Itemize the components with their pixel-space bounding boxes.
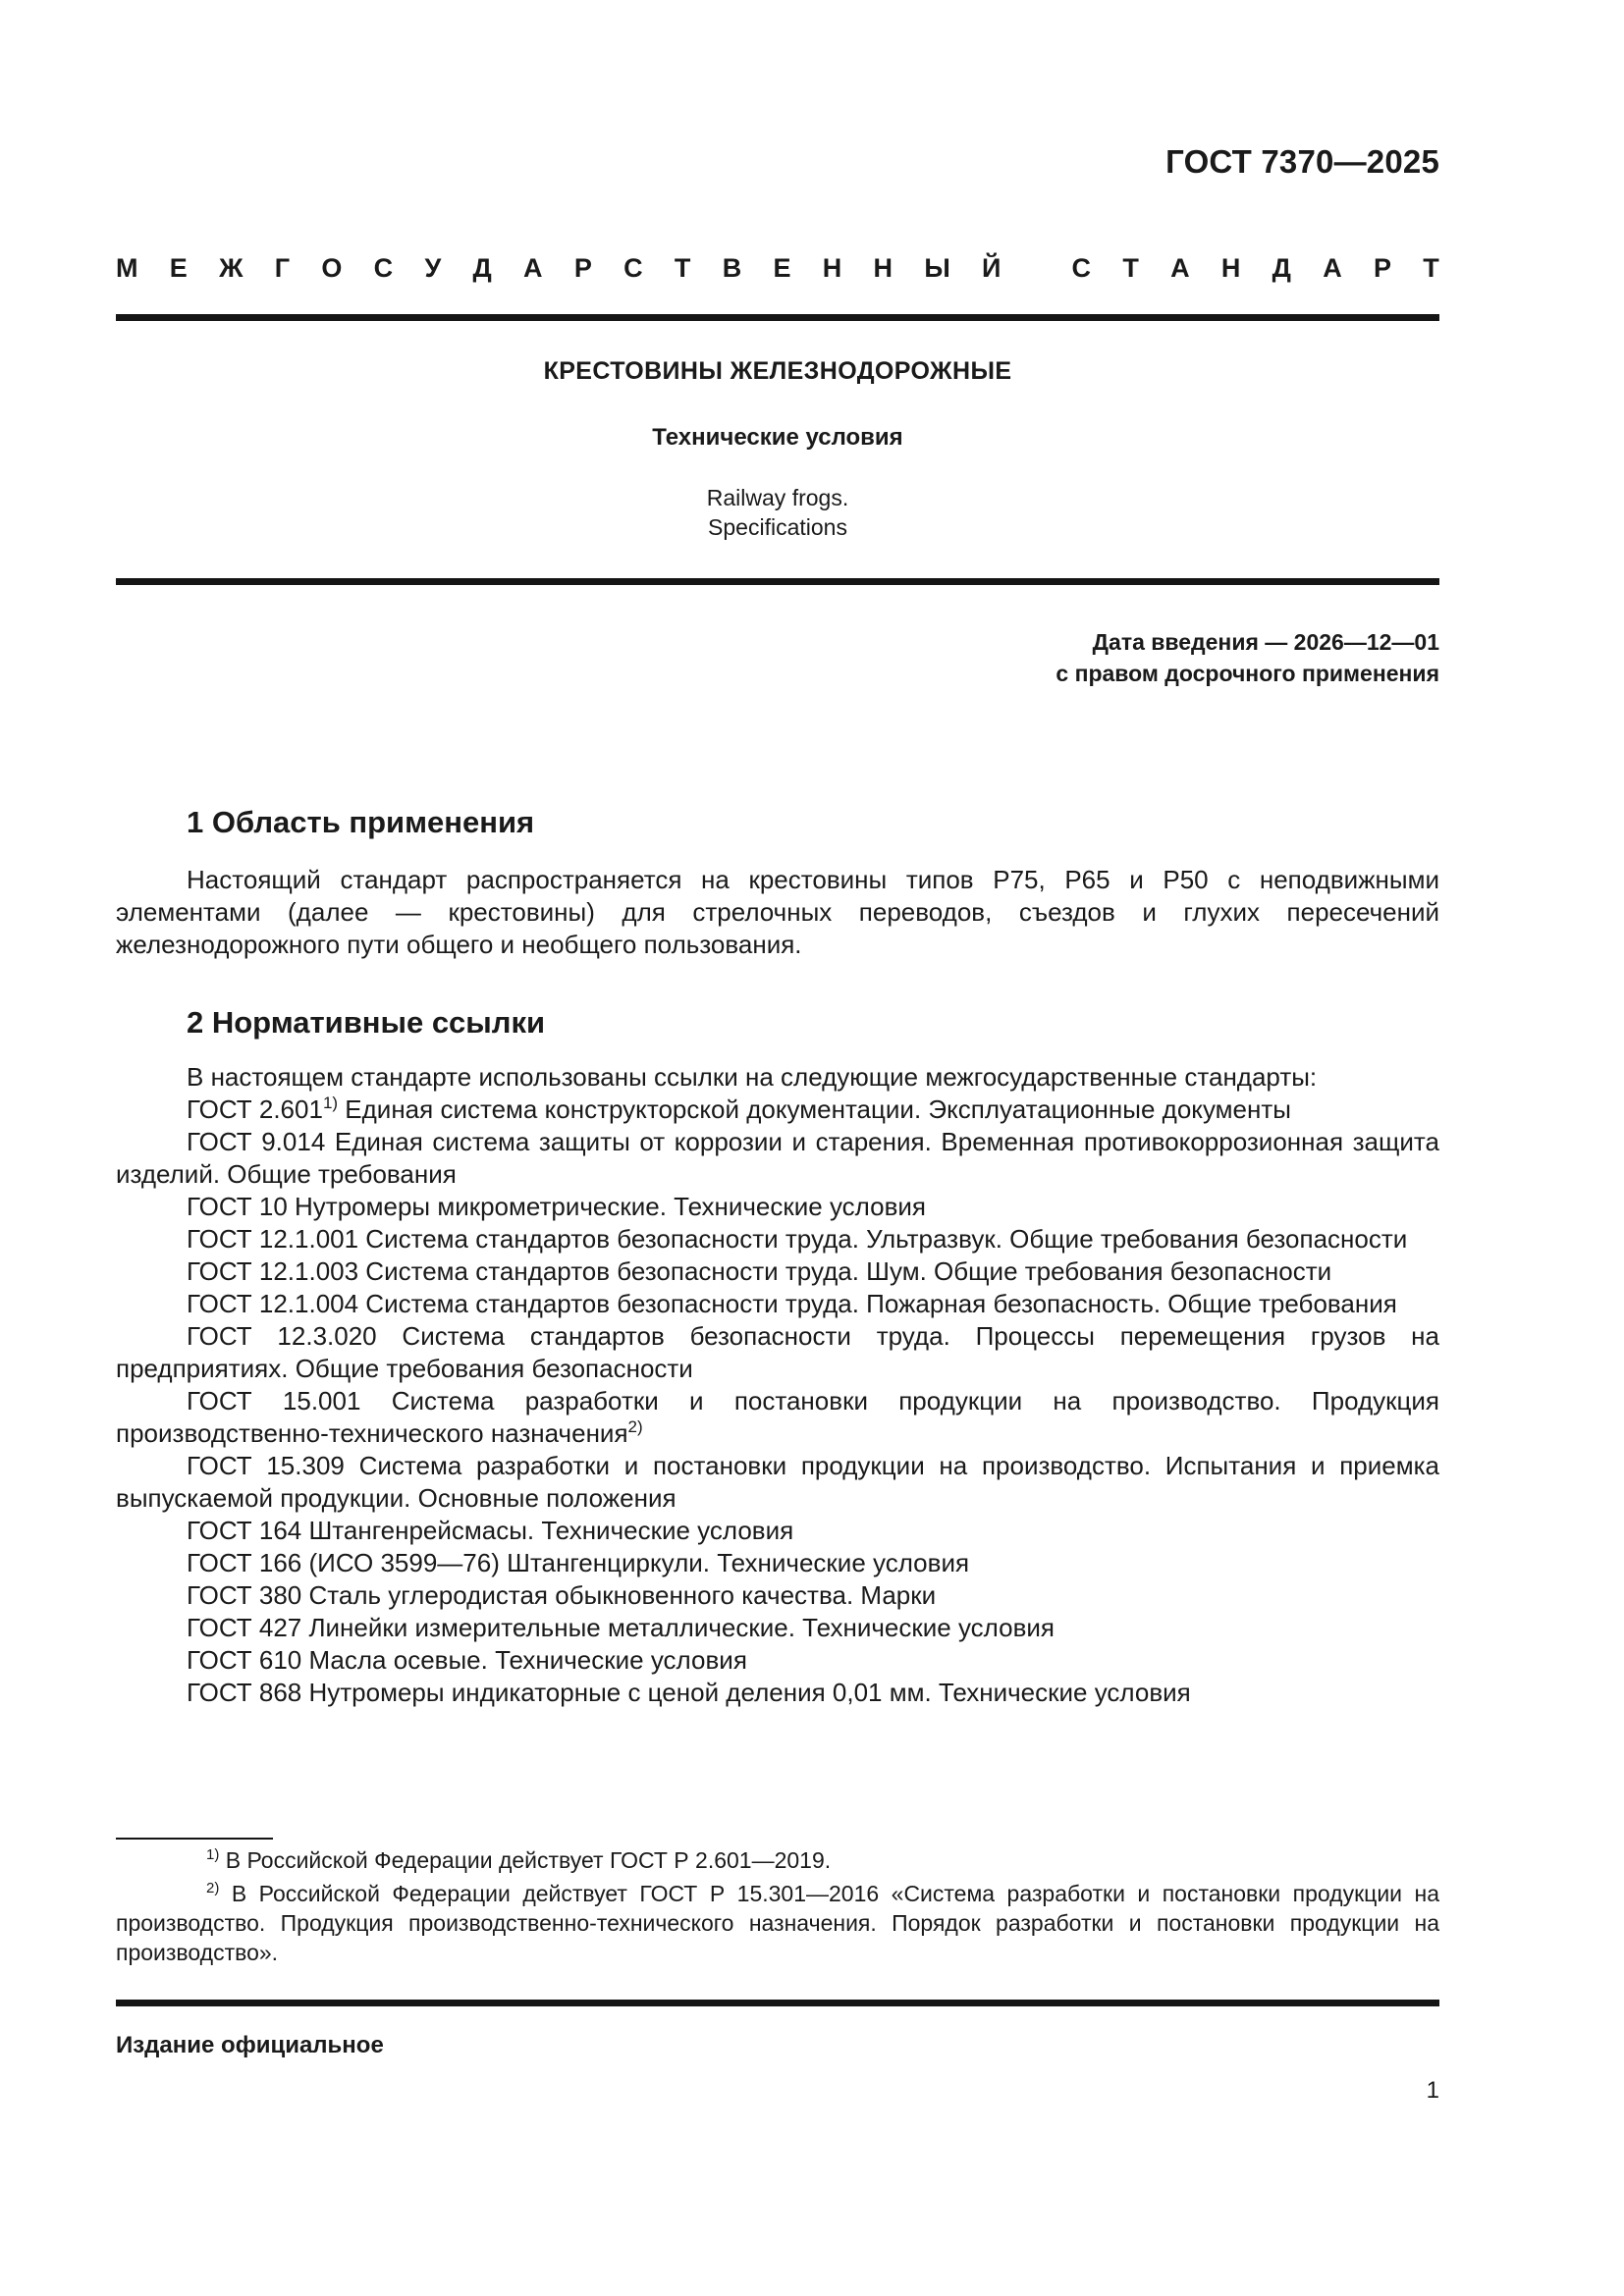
standard-type-letter: Н xyxy=(823,253,842,284)
reference-code: ГОСТ 380 xyxy=(187,1580,301,1610)
standard-type-letter: Ы xyxy=(924,253,949,284)
footnote-mark: 2) xyxy=(206,1880,219,1896)
header-rule xyxy=(116,314,1439,321)
reference-item: ГОСТ 12.3.020 Система стандартов безопас… xyxy=(116,1320,1439,1385)
standard-type-letter: Р xyxy=(1374,253,1391,284)
standard-type-letter: Т xyxy=(1122,253,1139,284)
standard-type-letter: Р xyxy=(574,253,592,284)
english-title: Railway frogs. Specifications xyxy=(116,483,1439,542)
reference-item: ГОСТ 166 (ИСО 3599—76) Штангенциркули. Т… xyxy=(116,1547,1439,1579)
standard-type-letter: Н xyxy=(1221,253,1241,284)
footnote-mark: 1) xyxy=(323,1094,338,1112)
reference-code: ГОСТ 12.3.020 xyxy=(187,1321,377,1351)
reference-item: ГОСТ 10 Нутромеры микрометрические. Техн… xyxy=(116,1191,1439,1223)
standard-type-letter: Е xyxy=(773,253,790,284)
standard-type-letter: Т xyxy=(675,253,691,284)
footnote-mark: 1) xyxy=(206,1846,219,1863)
reference-code: ГОСТ 9.014 xyxy=(187,1127,325,1156)
reference-title: Система стандартов безопасности труда. Ш… xyxy=(358,1256,1331,1286)
standard-type-letter: Г xyxy=(275,253,290,284)
reference-code: ГОСТ 2.601 xyxy=(187,1095,323,1124)
reference-title: Нутромеры индикаторные с ценой деления 0… xyxy=(301,1678,1191,1707)
standard-type-letter: В xyxy=(723,253,742,284)
reference-code: ГОСТ 15.309 xyxy=(187,1451,345,1480)
reference-code: ГОСТ 12.1.001 xyxy=(187,1224,358,1254)
reference-code: ГОСТ 868 xyxy=(187,1678,301,1707)
footnote-item: 1) В Российской Федерации действует ГОСТ… xyxy=(116,1845,1439,1875)
date-line: Дата введения — 2026—12—01 xyxy=(1056,626,1439,658)
reference-item: ГОСТ 15.001 Система разработки и постано… xyxy=(116,1385,1439,1450)
reference-item: ГОСТ 610 Масла осевые. Технические услов… xyxy=(116,1644,1439,1677)
standard-type-letter: Т xyxy=(1423,253,1439,284)
english-title-line-1: Railway frogs. xyxy=(116,483,1439,512)
footnote-mark: 2) xyxy=(628,1417,643,1436)
scope-paragraph: Настоящий стандарт распространяется на к… xyxy=(116,864,1439,961)
reference-title: Нутромеры микрометрические. Технические … xyxy=(288,1192,926,1221)
footnotes: 1) В Российской Федерации действует ГОСТ… xyxy=(116,1845,1439,1971)
reference-code: ГОСТ 12.1.004 xyxy=(187,1289,358,1318)
standard-type-letter: Й xyxy=(982,253,1001,284)
page-number: 1 xyxy=(1427,2077,1439,2105)
footnote-item: 2) В Российской Федерации действует ГОСТ… xyxy=(116,1879,1439,1967)
standard-type-letter: О xyxy=(321,253,342,284)
reference-code: ГОСТ 12.1.003 xyxy=(187,1256,358,1286)
normative-references-body: В настоящем стандарте использованы ссылк… xyxy=(116,1061,1439,1709)
section-heading-normative-references: 2 Нормативные ссылки xyxy=(187,1005,545,1041)
standard-type-letter: Д xyxy=(473,253,492,284)
document-code: ГОСТ 7370—2025 xyxy=(1165,143,1439,181)
reference-title: Штангенрейсмасы. Технические условия xyxy=(301,1516,793,1545)
reference-item: ГОСТ 427 Линейки измерительные металличе… xyxy=(116,1612,1439,1644)
reference-item: ГОСТ 12.1.004 Система стандартов безопас… xyxy=(116,1288,1439,1320)
reference-code: ГОСТ 610 xyxy=(187,1645,301,1675)
section-heading-scope: 1 Область применения xyxy=(187,805,534,840)
reference-code: ГОСТ 164 xyxy=(187,1516,301,1545)
document-subtitle: Технические условия xyxy=(116,424,1439,452)
reference-title: Система стандартов безопасности труда. У… xyxy=(358,1224,1407,1254)
reference-item: ГОСТ 12.1.001 Система стандартов безопас… xyxy=(116,1223,1439,1255)
footnote-text: В Российской Федерации действует ГОСТ Р … xyxy=(219,1847,831,1873)
reference-item: ГОСТ 380 Сталь углеродистая обыкновенног… xyxy=(116,1579,1439,1612)
footnote-text: В Российской Федерации действует ГОСТ Р … xyxy=(116,1881,1439,1965)
reference-title: (ИСО 3599—76) Штангенциркули. Технически… xyxy=(301,1548,969,1577)
reference-item: ГОСТ 868 Нутромеры индикаторные с ценой … xyxy=(116,1677,1439,1709)
standard-type-letter: С xyxy=(1072,253,1092,284)
standard-type-heading: МЕЖГОСУДАРСТВЕННЫЙ СТАНДАРТ xyxy=(116,253,1439,284)
introduction-date: Дата введения — 2026—12—01 с правом доср… xyxy=(1056,626,1439,689)
footnote-separator xyxy=(116,1838,273,1840)
standard-type-letter: У xyxy=(424,253,441,284)
standard-type-letter: Д xyxy=(1272,253,1291,284)
standard-type-letter: Ж xyxy=(219,253,243,284)
standard-type-letter: М xyxy=(116,253,138,284)
reference-item: ГОСТ 12.1.003 Система стандартов безопас… xyxy=(116,1255,1439,1288)
document-title: КРЕСТОВИНЫ ЖЕЛЕЗНОДОРОЖНЫЕ xyxy=(116,357,1439,386)
standard-type-letter: А xyxy=(523,253,543,284)
reference-code: ГОСТ 166 xyxy=(187,1548,301,1577)
standard-type-letter xyxy=(1033,253,1041,284)
reference-item: ГОСТ 9.014 Единая система защиты от корр… xyxy=(116,1126,1439,1191)
reference-title: Масла осевые. Технические условия xyxy=(301,1645,747,1675)
early-application-note: с правом досрочного применения xyxy=(1056,658,1439,689)
reference-title: Линейки измерительные металлические. Тех… xyxy=(301,1613,1055,1642)
title-rule xyxy=(116,578,1439,585)
reference-code: ГОСТ 10 xyxy=(187,1192,288,1221)
references-intro: В настоящем стандарте использованы ссылк… xyxy=(116,1061,1439,1094)
standard-type-letter: Е xyxy=(170,253,188,284)
reference-title: Сталь углеродистая обыкновенного качеств… xyxy=(301,1580,936,1610)
footer-rule xyxy=(116,2000,1439,2006)
english-title-line-2: Specifications xyxy=(116,512,1439,542)
section-scope-body: Настоящий стандарт распространяется на к… xyxy=(116,864,1439,961)
reference-item: ГОСТ 164 Штангенрейсмасы. Технические ус… xyxy=(116,1515,1439,1547)
standard-type-letter: А xyxy=(1170,253,1190,284)
reference-item: ГОСТ 15.309 Система разработки и постано… xyxy=(116,1450,1439,1515)
reference-title: Единая система конструкторской документа… xyxy=(338,1095,1291,1124)
reference-code: ГОСТ 427 xyxy=(187,1613,301,1642)
reference-title: Система стандартов безопасности труда. П… xyxy=(358,1289,1397,1318)
standard-type-letter: С xyxy=(623,253,643,284)
reference-item: ГОСТ 2.6011) Единая система конструкторс… xyxy=(116,1094,1439,1126)
reference-code: ГОСТ 15.001 xyxy=(187,1386,360,1415)
standard-type-letter: А xyxy=(1323,253,1342,284)
standard-type-letter: Н xyxy=(874,253,893,284)
official-edition-label: Издание официальное xyxy=(116,2032,384,2059)
standard-type-letter: С xyxy=(374,253,394,284)
